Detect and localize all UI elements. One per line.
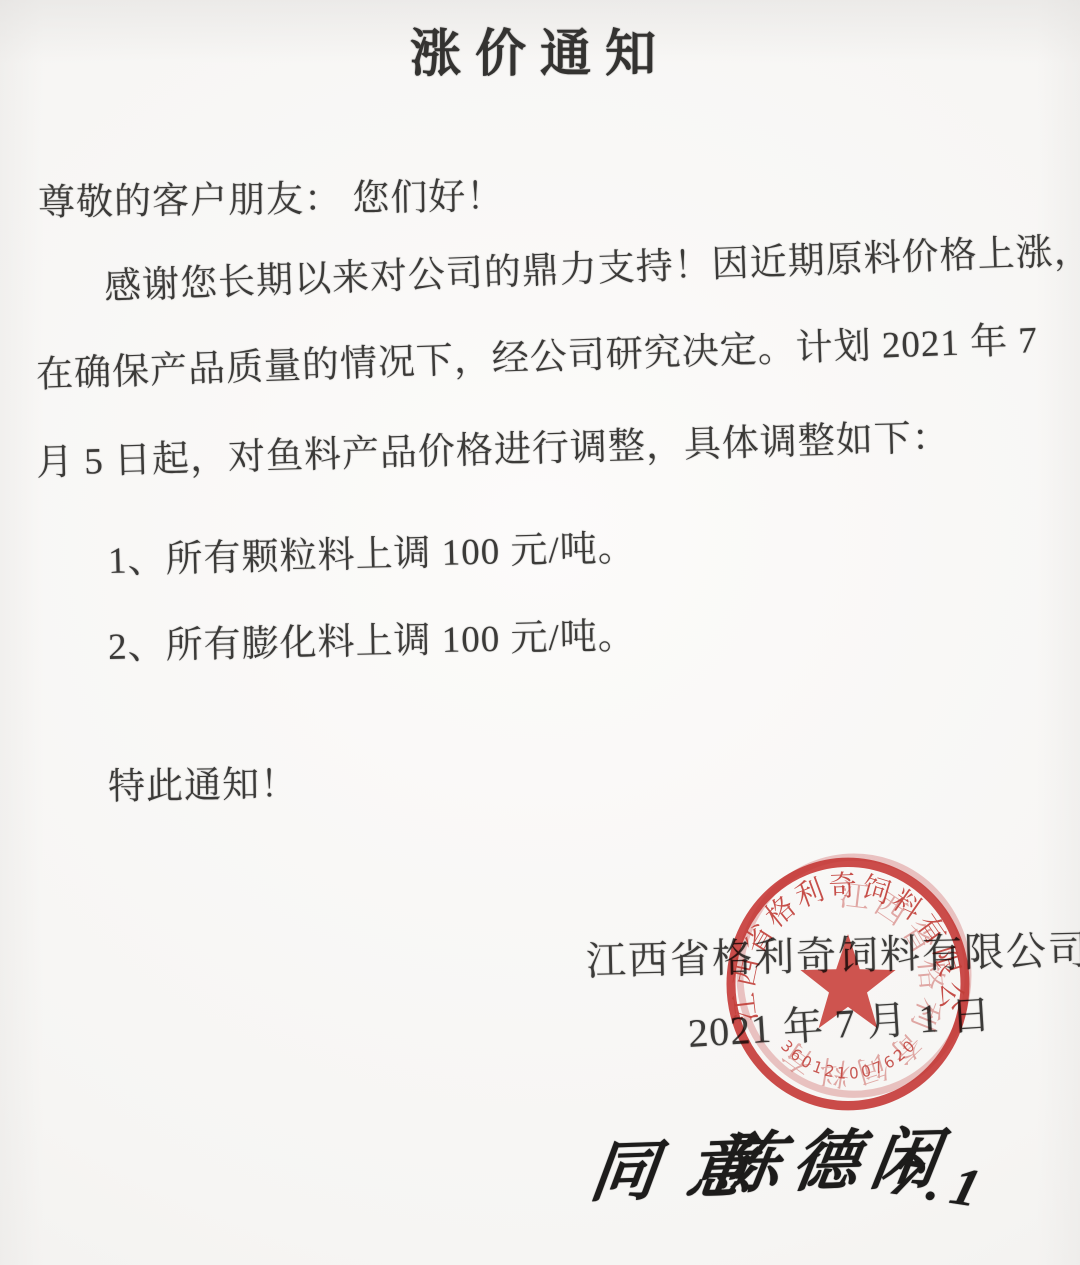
body-line-3: 月 5 日起，对鱼料产品价格进行调整，具体调整如下： (35, 406, 950, 485)
list-item-2: 2、所有膨化料上调 100 元/吨。 (107, 605, 636, 670)
company-seal-stamp: 江西省格利奇饲料有限公司 江西省格利奇饲料有限公司 3601210076205 (716, 847, 980, 1122)
body-line-1: 感谢您长期以来对公司的鼎力支持！因近期原料价格上涨， (103, 220, 1080, 310)
scanned-notice-page: 涨价通知 尊敬的客户朋友： 您们好！ 感谢您长期以来对公司的鼎力支持！因近期原料… (0, 0, 1080, 1265)
body-line-2: 在确保产品质量的情况下，经公司研究决定。计划 2021 年 7 (35, 309, 1039, 398)
greeting-line: 尊敬的客户朋友： 您们好！ (38, 165, 505, 226)
signature-date-mark: 7.1 (885, 1145, 997, 1220)
notice-title: 涨价通知 (0, 12, 1080, 86)
star-icon (800, 934, 895, 1028)
signature-approval-word: 同意 (586, 1113, 791, 1215)
closing-line: 特此通知！ (108, 753, 299, 810)
list-item-1: 1、所有颗粒料上调 100 元/吨。 (107, 517, 636, 584)
